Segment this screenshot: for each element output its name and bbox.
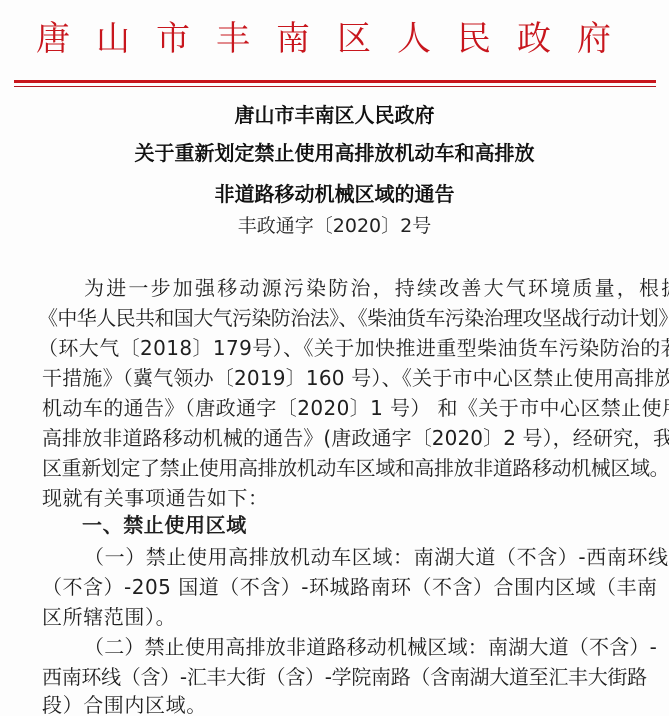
letterhead: 唐 山 市 丰 南 区 人 民 政 府 — [0, 16, 669, 62]
letterhead-char: 南 — [273, 16, 313, 62]
letterhead-char: 山 — [93, 16, 133, 62]
intro-line: 现就有关事项通告如下： — [42, 485, 269, 511]
letterhead-rule-thick — [14, 80, 656, 83]
intro-line: 高排放非道路移动机械的通告》(唐政通字〔2020〕2 号），经研究，我 — [42, 425, 669, 451]
title-subject-line1: 关于重新划定禁止使用高排放机动车和高排放 — [0, 141, 669, 165]
letterhead-char: 区 — [334, 16, 374, 62]
section-heading: 一、禁止使用区域 — [82, 512, 247, 538]
title-issuer: 唐山市丰南区人民政府 — [0, 103, 669, 127]
letterhead-char: 唐 — [33, 16, 73, 62]
letterhead-char: 政 — [514, 16, 554, 62]
item1-line: （一）禁止使用高排放机动车区域：南湖大道（不含）-西南环线 — [84, 544, 669, 570]
letterhead-char: 府 — [574, 16, 614, 62]
intro-line: 《中华人民共和国大气污染防治法》、《柴油货车污染治理攻坚战行动计划》 — [38, 305, 669, 331]
letterhead-char: 人 — [394, 16, 434, 62]
letterhead-char: 丰 — [213, 16, 253, 62]
letterhead-rule-thin — [14, 86, 656, 87]
letterhead-char: 民 — [454, 16, 494, 62]
item1-line: 区所辖范围）。 — [42, 604, 176, 630]
intro-line: （环大气〔2018〕179号）、《关于加快推进重型柴油货车污染防治的若 — [38, 335, 669, 361]
title-subject-line2: 非道路移动机械区域的通告 — [0, 182, 669, 206]
notice-document: 唐 山 市 丰 南 区 人 民 政 府 唐山市丰南区人民政府 关于重新划定禁止使… — [0, 0, 669, 716]
intro-line: 为进一步加强移动源污染防治，持续改善大气环境质量，根据 — [84, 275, 669, 301]
document-number: 丰政通字〔2020〕2号 — [0, 214, 669, 238]
item2-line: （二）禁止使用高排放非道路移动机械区域：南湖大道（不含）- — [84, 634, 657, 660]
item1-line: （不含）-205 国道（不含）-环城路南环（不含）合围内区域（丰南 — [42, 574, 657, 600]
item2-line: 段）合围内区域。 — [42, 692, 207, 716]
item2-line: 西南环线（含）-汇丰大街（含）-学院南路（含南湖大道至汇丰大街路 — [42, 664, 647, 690]
intro-line: 区重新划定了禁止使用高排放机动车区域和高排放非道路移动机械区域。 — [42, 455, 669, 481]
intro-line: 机动车的通告》（唐政通字〔2020〕1 号） 和《关于市中心区禁止使用 — [42, 395, 669, 421]
letterhead-char: 市 — [153, 16, 193, 62]
intro-line: 干措施》（冀气领办〔2019〕160 号）、《关于市中心区禁止使用高排放 — [42, 365, 669, 391]
